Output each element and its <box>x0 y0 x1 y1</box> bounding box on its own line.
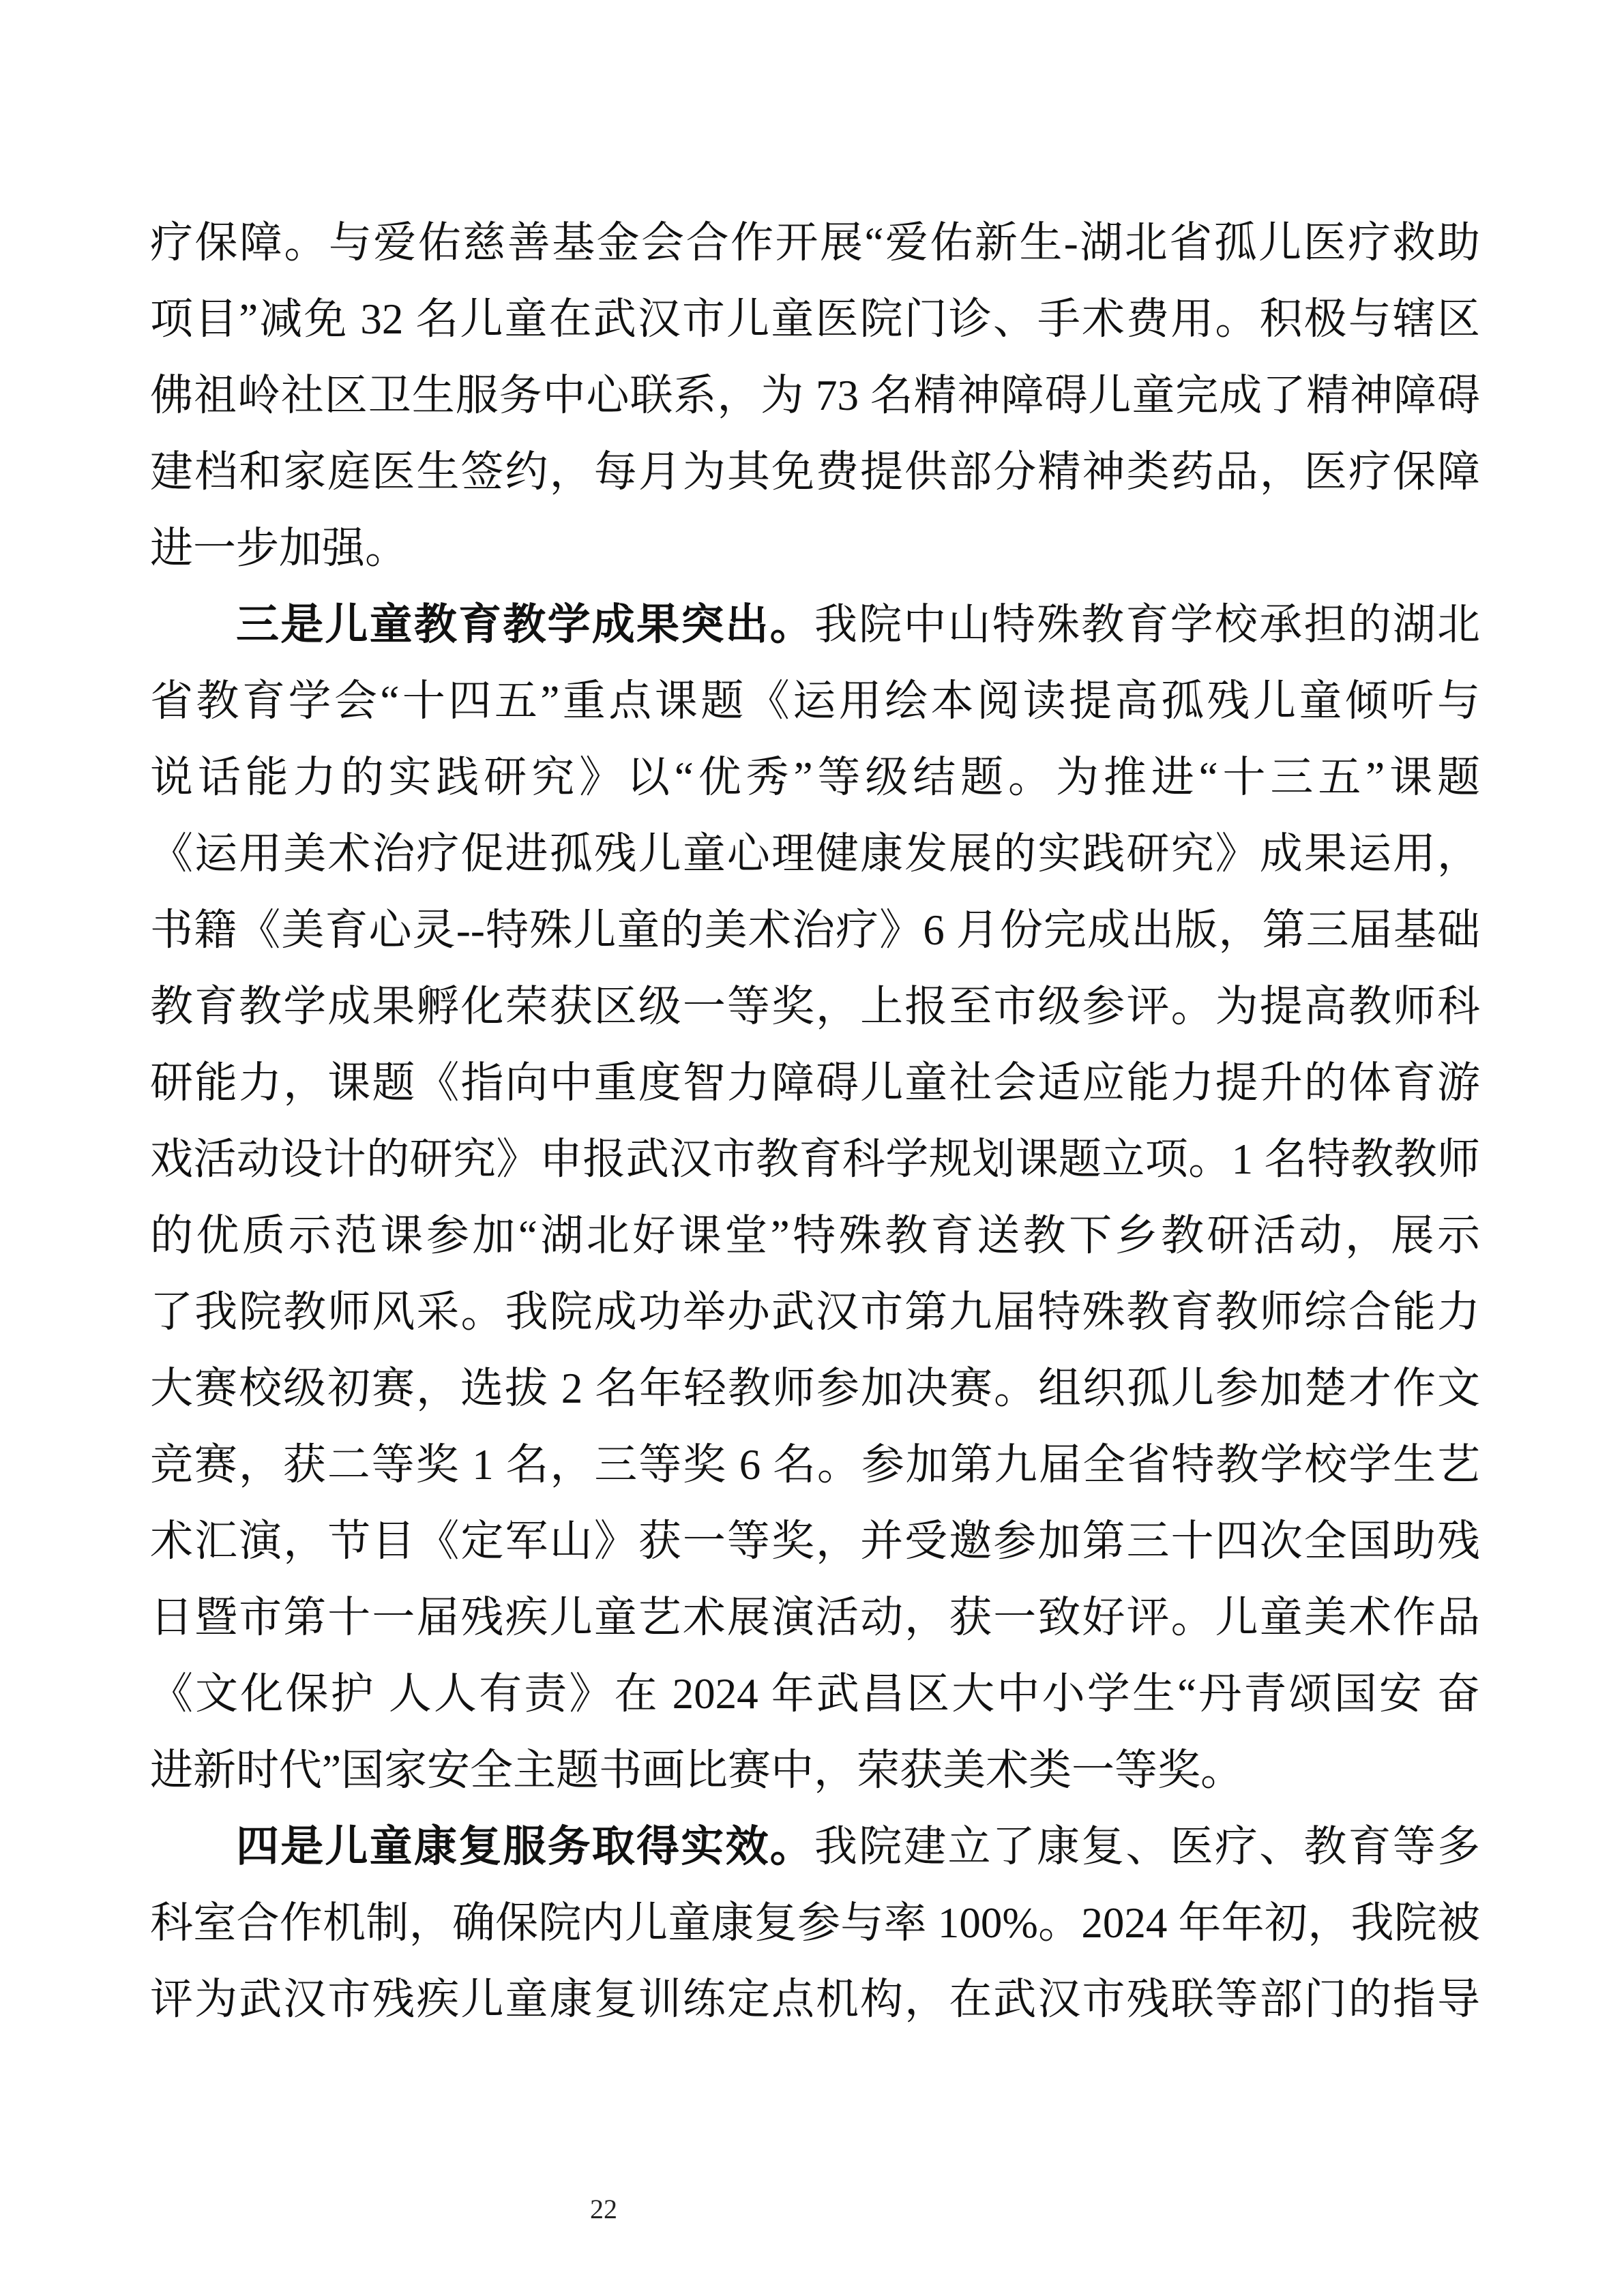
text-line: 书籍《美育心灵--特殊儿童的美术治疗》6 月份完成出版，第三届基础 <box>150 892 1480 968</box>
body-text: 日暨市第十一届残疾儿童艺术展演活动，获一致好评。儿童美术作品 <box>150 1594 1480 1641</box>
text-line: 教育教学成果孵化荣获区级一等奖，上报至市级参评。为提高教师科 <box>150 968 1480 1045</box>
text-line: 省教育学会“十四五”重点课题《运用绘本阅读提高孤残儿童倾听与 <box>150 663 1480 739</box>
body-text: 进一步加强。 <box>150 524 408 572</box>
text-line: 《运用美术治疗促进孤残儿童心理健康发展的实践研究》成果运用， <box>150 816 1480 892</box>
text-line: 进一步加强。 <box>150 510 1480 586</box>
body-text: 书籍《美育心灵--特殊儿童的美术治疗》6 月份完成出版，第三届基础 <box>150 906 1480 954</box>
body-text: 大赛校级初赛，选拔 2 名年轻教师参加决赛。组织孤儿参加楚才作文 <box>150 1365 1480 1412</box>
body-text: 省教育学会“十四五”重点课题《运用绘本阅读提高孤残儿童倾听与 <box>150 677 1480 725</box>
text-line: 说话能力的实践研究》以“优秀”等级结题。为推进“十三五”课题 <box>150 739 1480 816</box>
body-text: 项目”减免 32 名儿童在武汉市儿童医院门诊、手术费用。积极与辖区 <box>150 295 1480 343</box>
text-line: 竞赛，获二等奖 1 名，三等奖 6 名。参加第九届全省特教学校学生艺 <box>150 1427 1480 1503</box>
page-number: 22 <box>590 2190 617 2228</box>
text-line: 日暨市第十一届残疾儿童艺术展演活动，获一致好评。儿童美术作品 <box>150 1579 1480 1656</box>
text-line: 研能力，课题《指向中重度智力障碍儿童社会适应能力提升的体育游 <box>150 1045 1480 1121</box>
body-text: 研能力，课题《指向中重度智力障碍儿童社会适应能力提升的体育游 <box>150 1059 1480 1107</box>
text-line: 评为武汉市残疾儿童康复训练定点机构，在武汉市残联等部门的指导 <box>150 1961 1480 2038</box>
body-text: 评为武汉市残疾儿童康复训练定点机构，在武汉市残联等部门的指导 <box>150 1976 1480 2023</box>
body-text: 了我院教师风采。我院成功举办武汉市第九届特殊教育教师综合能力 <box>150 1288 1480 1336</box>
body-text: 戏活动设计的研究》申报武汉市教育科学规划课题立项。1 名特教教师 <box>150 1135 1480 1183</box>
text-line: 疗保障。与爱佑慈善基金会合作开展“爱佑新生-湖北省孤儿医疗救助 <box>150 205 1480 281</box>
bold-lead-text: 四是儿童康复服务取得实效。 <box>236 1823 814 1870</box>
text-block: 疗保障。与爱佑慈善基金会合作开展“爱佑新生-湖北省孤儿医疗救助项目”减免 32 … <box>150 205 1480 2038</box>
text-line: 建档和家庭医生签约，每月为其免费提供部分精神类药品，医疗保障 <box>150 434 1480 510</box>
body-text: 术汇演，节目《定军山》获一等奖，并受邀参加第三十四次全国助残 <box>150 1517 1480 1565</box>
body-text: 说话能力的实践研究》以“优秀”等级结题。为推进“十三五”课题 <box>150 754 1480 801</box>
text-line: 戏活动设计的研究》申报武汉市教育科学规划课题立项。1 名特教教师 <box>150 1121 1480 1197</box>
body-text: 佛祖岭社区卫生服务中心联系，为 73 名精神障碍儿童完成了精神障碍 <box>150 372 1480 419</box>
document-page: 疗保障。与爱佑慈善基金会合作开展“爱佑新生-湖北省孤儿医疗救助项目”减免 32 … <box>0 0 1624 2296</box>
text-line: 项目”减免 32 名儿童在武汉市儿童医院门诊、手术费用。积极与辖区 <box>150 281 1480 357</box>
text-line: 术汇演，节目《定军山》获一等奖，并受邀参加第三十四次全国助残 <box>150 1503 1480 1579</box>
text-line: 四是儿童康复服务取得实效。我院建立了康复、医疗、教育等多 <box>150 1808 1480 1885</box>
text-line: 《文化保护 人人有责》在 2024 年武昌区大中小学生“丹青颂国安 奋 <box>150 1656 1480 1732</box>
body-text: 疗保障。与爱佑慈善基金会合作开展“爱佑新生-湖北省孤儿医疗救助 <box>150 219 1480 267</box>
text-line: 三是儿童教育教学成果突出。我院中山特殊教育学校承担的湖北 <box>150 586 1480 663</box>
body-text: 《文化保护 人人有责》在 2024 年武昌区大中小学生“丹青颂国安 奋 <box>150 1670 1480 1718</box>
body-text: 科室合作机制，确保院内儿童康复参与率 100%。2024 年年初，我院被 <box>150 1899 1480 1947</box>
body-text: 《运用美术治疗促进孤残儿童心理健康发展的实践研究》成果运用， <box>150 830 1480 878</box>
text-line: 科室合作机制，确保院内儿童康复参与率 100%。2024 年年初，我院被 <box>150 1885 1480 1961</box>
text-line: 进新时代”国家安全主题书画比赛中，荣获美术类一等奖。 <box>150 1732 1480 1808</box>
body-text: 教育教学成果孵化荣获区级一等奖，上报至市级参评。为提高教师科 <box>150 983 1480 1030</box>
body-text: 我院建立了康复、医疗、教育等多 <box>814 1823 1480 1870</box>
text-line: 的优质示范课参加“湖北好课堂”特殊教育送教下乡教研活动，展示 <box>150 1197 1480 1274</box>
body-text: 竞赛，获二等奖 1 名，三等奖 6 名。参加第九届全省特教学校学生艺 <box>150 1441 1480 1489</box>
body-text: 的优质示范课参加“湖北好课堂”特殊教育送教下乡教研活动，展示 <box>150 1212 1480 1259</box>
body-text: 建档和家庭医生签约，每月为其免费提供部分精神类药品，医疗保障 <box>150 448 1480 496</box>
bold-lead-text: 三是儿童教育教学成果突出。 <box>236 601 814 648</box>
text-line: 佛祖岭社区卫生服务中心联系，为 73 名精神障碍儿童完成了精神障碍 <box>150 357 1480 434</box>
text-line: 大赛校级初赛，选拔 2 名年轻教师参加决赛。组织孤儿参加楚才作文 <box>150 1350 1480 1427</box>
body-text: 我院中山特殊教育学校承担的湖北 <box>814 601 1480 648</box>
text-line: 了我院教师风采。我院成功举办武汉市第九届特殊教育教师综合能力 <box>150 1274 1480 1350</box>
body-text: 进新时代”国家安全主题书画比赛中，荣获美术类一等奖。 <box>150 1746 1243 1794</box>
